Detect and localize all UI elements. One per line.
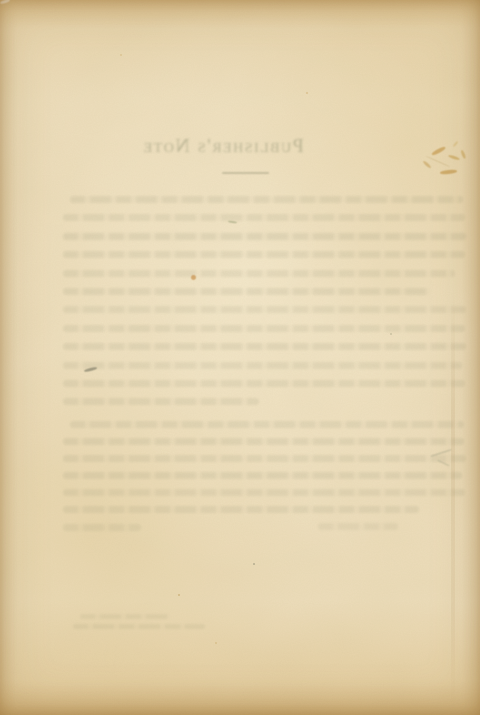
ghost-text-line <box>63 325 465 332</box>
stain <box>422 160 431 169</box>
stain <box>431 146 446 156</box>
ghost-text-line <box>318 523 398 530</box>
stain <box>426 156 450 167</box>
ghost-text-line <box>63 362 462 369</box>
ghost-text-line <box>63 506 419 513</box>
stain <box>448 154 460 161</box>
ghost-text-line <box>63 251 465 258</box>
ghost-text-line <box>63 380 465 387</box>
paper-speck <box>390 333 392 335</box>
ghost-mirrored-title: Publisher's Note <box>138 135 308 157</box>
paper-speck <box>120 54 122 56</box>
stain <box>0 0 10 4</box>
ghost-text-line <box>63 398 259 405</box>
ghost-imprint-line <box>80 614 170 619</box>
ghost-text-line <box>63 455 466 462</box>
paper-crease <box>451 290 455 710</box>
bleed-through-layer: Publisher's Note <box>0 0 480 715</box>
ghost-text-line <box>63 472 462 479</box>
ghost-text-line <box>63 343 466 350</box>
ghost-text-line <box>63 233 466 240</box>
stain <box>430 449 451 457</box>
stain <box>452 141 458 148</box>
stain <box>84 366 97 372</box>
paper-speck <box>215 642 217 644</box>
stain <box>440 169 457 174</box>
page-edge-shading <box>0 0 480 715</box>
ghost-text-line <box>63 270 455 277</box>
ghost-text-line <box>63 306 466 313</box>
ghost-text-line <box>70 421 464 428</box>
paper-grain-texture <box>0 0 480 715</box>
paper-speck <box>178 594 180 596</box>
ghost-text-line <box>70 196 463 203</box>
ghost-text-line <box>63 524 141 531</box>
stain <box>461 150 467 159</box>
ghost-text-line <box>63 288 431 295</box>
scanned-page: Publisher's Note <box>0 0 480 715</box>
stain <box>437 459 449 466</box>
ghost-text-line <box>63 489 465 496</box>
paper-speck <box>306 92 308 94</box>
ghost-title-rule <box>222 172 269 174</box>
stain <box>228 220 237 223</box>
paper-speck <box>253 563 255 565</box>
ghost-text-line <box>63 214 465 221</box>
stain <box>191 275 196 280</box>
ghost-imprint-line <box>73 624 205 629</box>
ghost-text-line <box>63 438 464 445</box>
